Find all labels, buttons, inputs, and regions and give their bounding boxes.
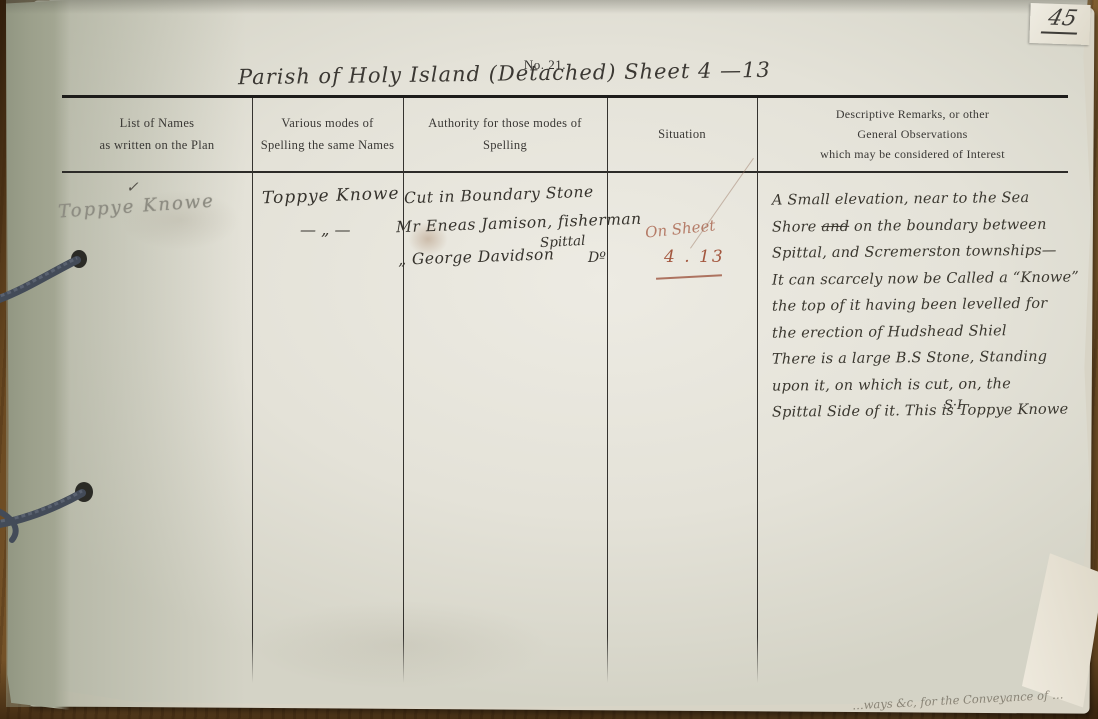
remarks-line: There is a large B.S Stone, Standing: [772, 343, 1094, 373]
remarks-text: on the boundary between: [849, 216, 1047, 234]
header-line: as written on the Plan: [100, 134, 215, 156]
header-line: Spelling the same Names: [261, 134, 395, 156]
authority-ditto: Dº: [588, 250, 606, 266]
header-line: Various modes of: [281, 112, 373, 134]
column-divider: [757, 98, 758, 683]
column-header-names: List of Names as written on the Plan: [62, 101, 252, 167]
column-divider: [403, 98, 404, 683]
remarks-line: the top of it having been levelled for: [772, 290, 1094, 320]
header-line: Spelling: [483, 134, 527, 156]
situation-sheet-number: 4 . 13: [664, 247, 725, 267]
header-line: List of Names: [120, 112, 195, 134]
struck-word: and: [821, 218, 849, 234]
table-top-rule: [62, 95, 1068, 98]
remarks-line: Shore and on the boundary between: [772, 211, 1094, 241]
header-line: Authority for those modes of: [428, 112, 582, 134]
remarks-line: Spittal, and Scremerston townships—: [772, 237, 1094, 267]
descriptive-remarks: A Small elevation, near to the Sea Shore…: [772, 186, 1094, 425]
page-top-shadow: [6, 0, 1092, 14]
header-bottom-rule: [62, 171, 1068, 173]
remarks-line: the erection of Hudshead Shiel: [772, 317, 1094, 347]
page-number: 45: [1041, 6, 1084, 35]
check-mark: ✓: [126, 178, 139, 196]
column-divider: [252, 98, 253, 683]
column-header-remarks: Descriptive Remarks, or other General Ob…: [757, 101, 1068, 167]
column-divider: [607, 98, 608, 683]
column-header-authority: Authority for those modes of Spelling: [403, 101, 607, 167]
header-line: General Observations: [857, 124, 967, 144]
header-line: Descriptive Remarks, or other: [836, 104, 989, 124]
remarks-line: It can scarcely now be Called a “Knowe”: [772, 264, 1094, 294]
header-line: Situation: [658, 123, 706, 145]
header-line: which may be considered of Interest: [820, 144, 1005, 164]
column-header-situation: Situation: [607, 101, 757, 167]
remarks-text: Shore: [772, 219, 821, 236]
remarks-line: A Small elevation, near to the Sea: [772, 184, 1094, 214]
column-header-spelling-modes: Various modes of Spelling the same Names: [252, 101, 403, 167]
remarks-line: Spittal Side of it. This is Toppye Knowe: [772, 396, 1094, 426]
surveyor-initials: S·I: [944, 398, 962, 413]
page-corner: 45: [1029, 3, 1090, 45]
remarks-line: upon it, on which is cut, on, the: [772, 370, 1094, 400]
spelling-ditto-mark: — „ —: [300, 220, 350, 239]
